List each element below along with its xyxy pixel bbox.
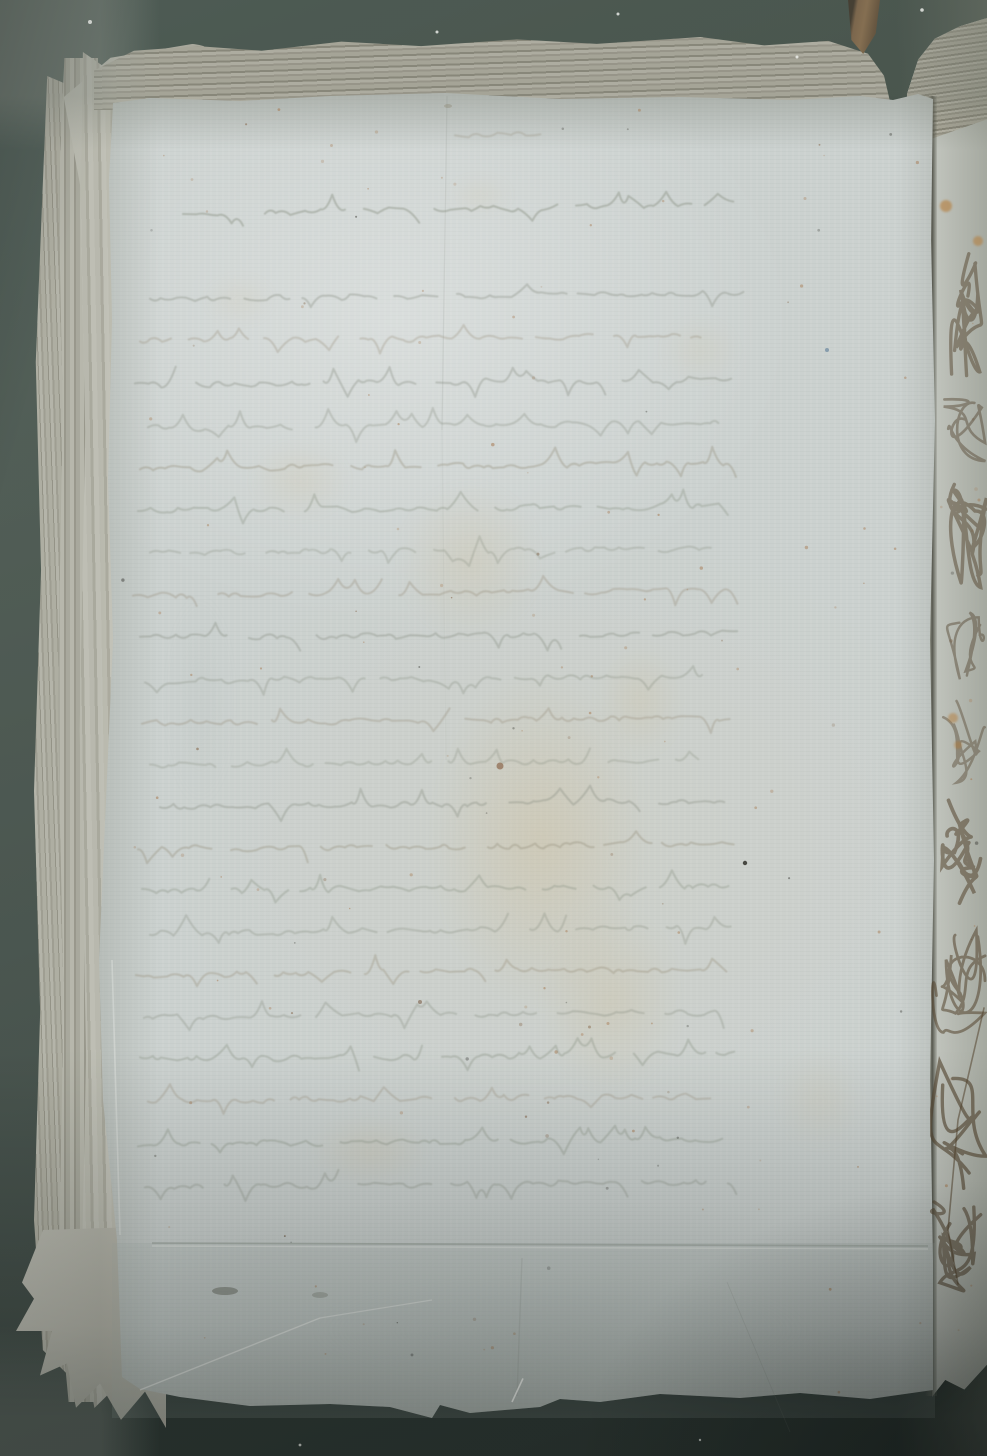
ink-and-texture-overlay [0,0,987,1456]
manuscript-photo-scene [0,0,987,1456]
